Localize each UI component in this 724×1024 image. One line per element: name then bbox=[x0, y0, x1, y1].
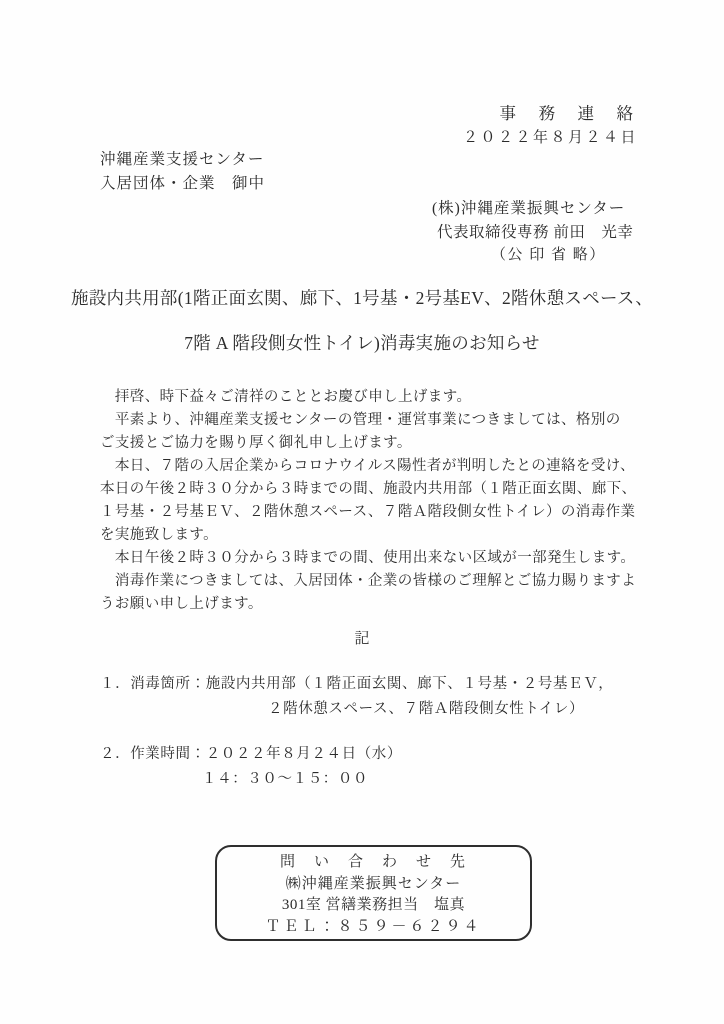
item-line: ２階休憩スペース、７階Ａ階段側女性トイレ） bbox=[100, 697, 613, 722]
doc-title-line2: 7階 A 階段側女性トイレ)消毒実施のお知らせ bbox=[0, 330, 724, 355]
doc-date: ２０２２年８月２４日 bbox=[463, 126, 638, 147]
record-marker: 記 bbox=[0, 627, 724, 648]
contact-tel: ＴＥＬ：８５９－６２９４ bbox=[217, 917, 530, 939]
body-line: 平素より、沖縄産業支援センターの管理・運営事業につきましては、格別の bbox=[100, 409, 636, 432]
doc-type-label: 事 務 連 絡 bbox=[500, 100, 637, 124]
addressee-recipients: 入居団体・企業 御中 bbox=[100, 171, 265, 193]
contact-company: ㈱沖縄産業振興センター bbox=[217, 874, 530, 896]
item-line: １．消毒箇所：施設内共用部（１階正面玄関、廊下、１号基・２号基ＥＶ， bbox=[100, 672, 613, 697]
list-item-disinfection-locations: １．消毒箇所：施設内共用部（１階正面玄関、廊下、１号基・２号基ＥＶ， ２階休憩ス… bbox=[100, 672, 613, 722]
body-line: 本日午後２時３０分から３時までの間、使用出来ない区域が一部発生します。 bbox=[100, 547, 636, 570]
item-line: １４：３０～１５：００ bbox=[100, 767, 402, 792]
body-line: 拝啓、時下益々ご清祥のこととお慶び申し上げます。 bbox=[100, 386, 636, 409]
list-item-work-time: ２．作業時間：２０２２年８月２４日（水） １４：３０～１５：００ bbox=[100, 742, 402, 792]
body-line: 消毒作業につきましては、入居団体・企業の皆様のご理解とご協力賜りますよ bbox=[100, 570, 636, 593]
body-line: うお願い申し上げます。 bbox=[100, 593, 636, 616]
contact-box-title: 問 い 合 わ せ 先 bbox=[217, 852, 530, 874]
body-line: 本日、７階の入居企業からコロナウイルス陽性者が判明したとの連絡を受け、 bbox=[100, 455, 636, 478]
body-line: 本日の午後２時３０分から３時までの間、施設内共用部（１階正面玄関、廊下、 bbox=[100, 478, 636, 501]
body-line: ご支援とご協力を賜り厚く御礼申し上げます。 bbox=[100, 432, 636, 455]
doc-title-line1: 施設内共用部(1階正面玄関、廊下、1号基・2号基EV、2階休憩スペース、 bbox=[0, 285, 724, 310]
seal-omission-note: （公 印 省 略） bbox=[491, 243, 606, 264]
sender-company: (株)沖縄産業振興センター bbox=[432, 196, 625, 218]
addressee-organization: 沖縄産業支援センター bbox=[100, 147, 264, 169]
body-line: １号基・２号基ＥＶ、２階休憩スペース、７階Ａ階段側女性トイレ）の消毒作業 bbox=[100, 501, 636, 524]
body-text: 拝啓、時下益々ご清祥のこととお慶び申し上げます。 平素より、沖縄産業支援センター… bbox=[100, 386, 636, 616]
document-page: 事 務 連 絡 ２０２２年８月２４日 沖縄産業支援センター 入居団体・企業 御中… bbox=[0, 0, 724, 1024]
sender-representative: 代表取締役専務 前田 光幸 bbox=[437, 220, 633, 242]
contact-box: 問 い 合 わ せ 先 ㈱沖縄産業振興センター 301室 営繕業務担当 塩真 Ｔ… bbox=[215, 845, 532, 941]
item-line: ２．作業時間：２０２２年８月２４日（水） bbox=[100, 742, 402, 767]
body-line: を実施致します。 bbox=[100, 524, 636, 547]
contact-room-staff: 301室 営繕業務担当 塩真 bbox=[217, 895, 530, 917]
